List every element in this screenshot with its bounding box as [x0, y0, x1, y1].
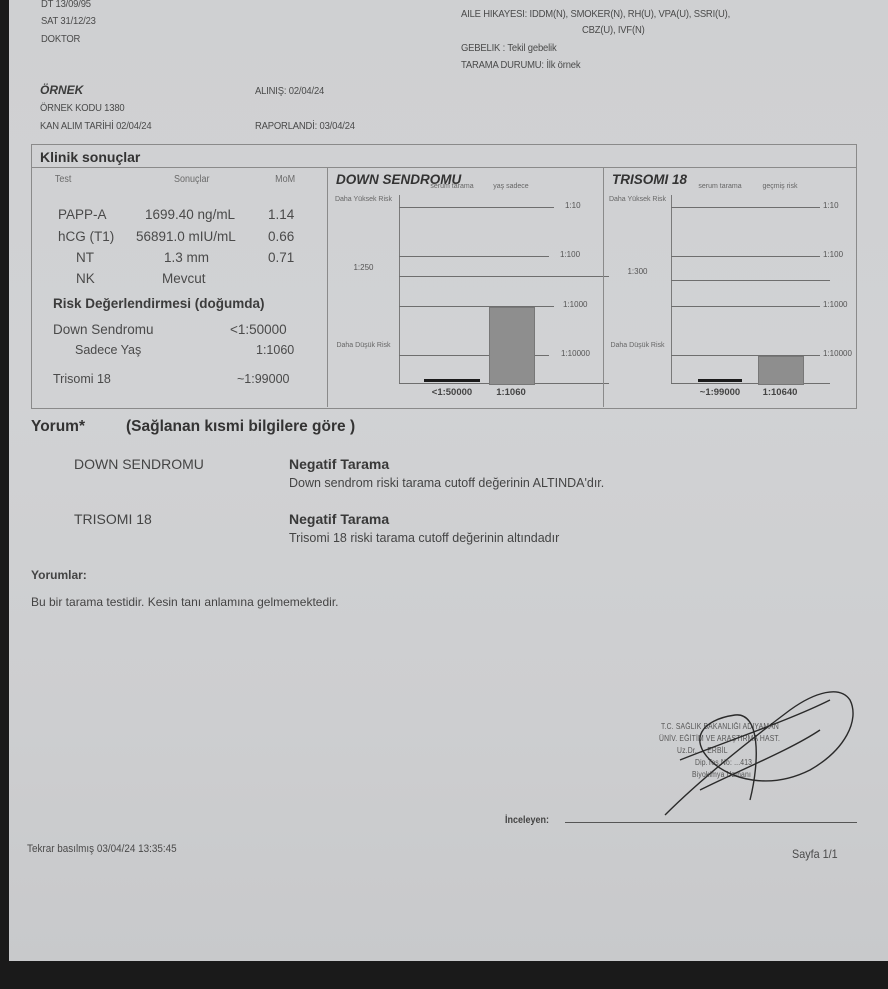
chart-lower-risk-label: Daha Düşük Risk: [328, 342, 399, 350]
test-mom-nt: 0.71: [268, 250, 294, 265]
interpretation-title: Yorum*: [31, 418, 85, 436]
chart-value-label: 1:1060: [479, 387, 543, 398]
chart-higher-risk-label: Daha Yüksek Risk: [604, 196, 671, 204]
test-result-nt: 1.3 mm: [164, 250, 209, 265]
chart-gridline: [671, 306, 820, 307]
chart-column-label: yaş sadece: [483, 183, 539, 191]
test-mom-hcg: 0.66: [268, 229, 294, 244]
chart-column-label: geçmiş risk: [752, 183, 808, 191]
chart-baseline: [671, 383, 830, 384]
signature: [640, 680, 860, 820]
reprint-timestamp: Tekrar basılmış 03/04/24 13:35:45: [27, 843, 177, 855]
chart-title: TRISOMI 18: [612, 172, 687, 187]
test-name-hcg: hCG (T1): [58, 229, 114, 244]
birth-date: DT 13/09/95: [41, 0, 91, 10]
test-name-pappa: PAPP-A: [58, 207, 107, 222]
test-mom-pappa: 1.14: [268, 207, 294, 222]
risk-assessment-title: Risk Değerlendirmesi (doğumda): [53, 296, 265, 311]
risk-value-t18: ~1:99000: [237, 372, 289, 386]
chart-cutoff-label: 1:300: [604, 267, 671, 276]
interpretation-subtitle: (Sağlanan kısmi bilgilere göre ): [126, 418, 355, 436]
family-history-line2: CBZ(U), IVF(N): [582, 24, 645, 36]
blood-draw-date: KAN ALIM TARİHİ 02/04/24: [40, 120, 151, 132]
chart-tick-label: 1:10: [823, 201, 839, 210]
chart-lower-risk-label: Daha Düşük Risk: [604, 342, 671, 350]
chart-tick-label: 1:10000: [823, 349, 852, 358]
chart-gridline: [399, 256, 549, 257]
doctor-label: DOKTOR: [41, 33, 80, 45]
chart-tick-label: 1:100: [823, 250, 843, 259]
clinical-results-box: Klinik sonuçlar Test Sonuçlar MoM PAPP-A…: [31, 144, 857, 409]
page-number: Sayfa 1/1: [792, 847, 838, 861]
comments-text: Bu bir tarama testidir. Kesin tanı anlam…: [31, 595, 338, 609]
chart-bar-reference: [758, 356, 804, 385]
reviewer-label: İnceleyen:: [505, 815, 549, 826]
test-result-pappa: 1699.40 ng/mL: [145, 207, 235, 222]
risk-label-down: Down Sendromu: [53, 322, 154, 337]
test-name-nk: NK: [76, 271, 95, 286]
chart-column-label: serum tarama: [418, 183, 486, 191]
chart-higher-risk-label: Daha Yüksek Risk: [328, 196, 399, 204]
chart-gridline: [671, 256, 820, 257]
interp-result-t18: Negatif Tarama: [289, 511, 389, 527]
chart-cutoff-line: [671, 280, 830, 281]
interp-section-t18: TRISOMI 18: [74, 511, 152, 527]
chart-column-label: serum tarama: [692, 183, 748, 191]
screening-status: TARAMA DURUMU: İlk örnek: [461, 59, 580, 71]
col-header-test: Test: [55, 174, 72, 185]
chart-tick-label: 1:1000: [563, 300, 587, 309]
chart-gridline: [399, 207, 554, 208]
chart-tick-label: 1:100: [560, 250, 580, 259]
comments-title: Yorumlar:: [31, 568, 87, 582]
chart-tick-label: 1:1000: [823, 300, 847, 309]
chart-gridline: [671, 207, 820, 208]
pregnancy-type: GEBELIK : Tekil gebelik: [461, 42, 556, 54]
screening-status-label: TARAMA DURUMU:: [461, 59, 544, 71]
risk-value-down: <1:50000: [230, 322, 287, 337]
reviewer-signature-line: [565, 822, 857, 823]
risk-label-t18: Trisomi 18: [53, 372, 111, 386]
col-header-results: Sonuçlar: [174, 174, 210, 185]
screening-status-value: İlk örnek: [546, 59, 580, 71]
chart-tick-label: 1:10: [565, 201, 581, 210]
chart-tick-label: 1:10000: [561, 349, 590, 358]
test-result-hcg: 56891.0 mIU/mL: [136, 229, 236, 244]
family-history-line1: AILE HIKAYESI: IDDM(N), SMOKER(N), RH(U)…: [461, 8, 730, 20]
chart-cutoff-label: 1:250: [328, 263, 399, 272]
chart-value-label: ~1:99000: [688, 387, 752, 398]
test-result-nk: Mevcut: [162, 271, 206, 286]
clinical-results-title: Klinik sonuçlar: [40, 149, 140, 165]
interp-section-down: DOWN SENDROMU: [74, 456, 204, 472]
chart-value-label: 1:10640: [748, 387, 812, 398]
received-date: ALINIŞ: 02/04/24: [255, 85, 324, 97]
risk-value-age: 1:1060: [256, 343, 294, 357]
down-syndrome-chart: DOWN SENDROMU1:101:1001:10001:100001:250…: [327, 167, 604, 407]
interp-desc-t18: Trisomi 18 riski tarama cutoff değerinin…: [289, 531, 559, 545]
chart-bar-serum: [424, 379, 480, 382]
sample-code: ÖRNEK KODU 1380: [40, 102, 124, 114]
reported-date: RAPORLANDİ: 03/04/24: [255, 120, 355, 132]
test-name-nt: NT: [76, 250, 94, 265]
sat-date: SAT 31/12/23: [41, 15, 96, 27]
interp-desc-down: Down sendrom riski tarama cutoff değerin…: [289, 476, 604, 490]
risk-label-age: Sadece Yaş: [75, 343, 141, 357]
clinical-results-header: Klinik sonuçlar: [32, 145, 856, 168]
col-header-mom: MoM: [275, 174, 295, 185]
chart-cutoff-line: [399, 276, 609, 277]
chart-bar-reference: [489, 307, 535, 385]
trisomy-18-chart: TRISOMI 181:101:1001:10001:100001:300Dah…: [603, 167, 856, 407]
chart-bar-serum: [698, 379, 742, 382]
sample-title: ÖRNEK: [40, 83, 83, 97]
interp-result-down: Negatif Tarama: [289, 456, 389, 472]
